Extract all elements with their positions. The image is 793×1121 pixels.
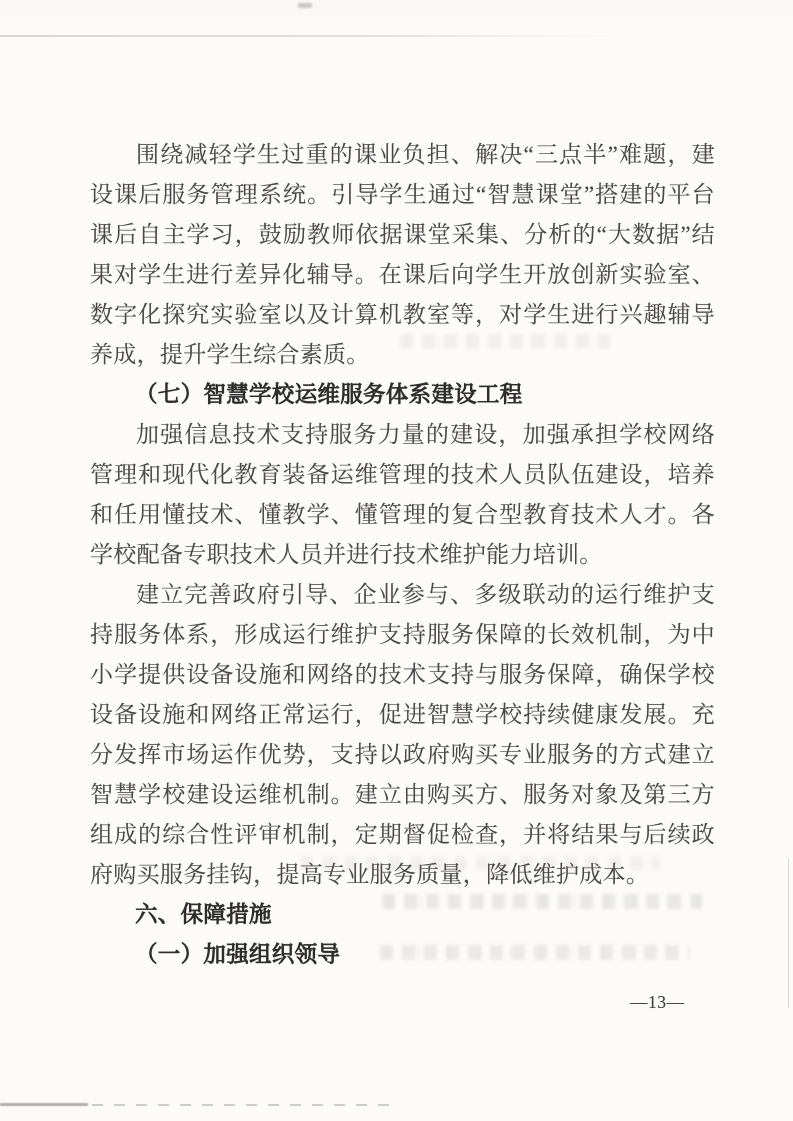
paragraph-technical-staff-building: 加强信息技术支持服务力量的建设，加强承担学校网络管理和现代化教育装备运维管理的技… [90,415,715,575]
bleed-through-artifact [300,856,660,871]
document-body: 围绕减轻学生过重的课业负担、解决“三点半”难题，建设课后服务管理系统。引导学生通… [90,135,715,975]
bleed-through-artifact [400,334,610,349]
scan-artifact-right-edge [788,858,789,1008]
scan-artifact-bottom-line [0,1103,88,1106]
scan-artifact-top-band [0,0,793,34]
bleed-through-artifact [382,894,702,909]
scan-artifact-bottom-dashes [92,1104,392,1106]
scan-artifact-top-line [0,35,793,37]
scanned-document-page: 围绕减轻学生过重的课业负担、解决“三点半”难题，建设课后服务管理系统。引导学生通… [0,0,793,1121]
page-number: —13— [630,992,685,1013]
subheading-section-7-smart-school-ops: （七）智慧学校运维服务体系建设工程 [90,375,715,415]
scan-artifact-speck [298,3,312,8]
bleed-through-artifact [380,945,690,960]
paragraph-operation-maintenance-system: 建立完善政府引导、企业参与、多级联动的运行维护支持服务体系，形成运行维护支持服务… [90,575,715,895]
